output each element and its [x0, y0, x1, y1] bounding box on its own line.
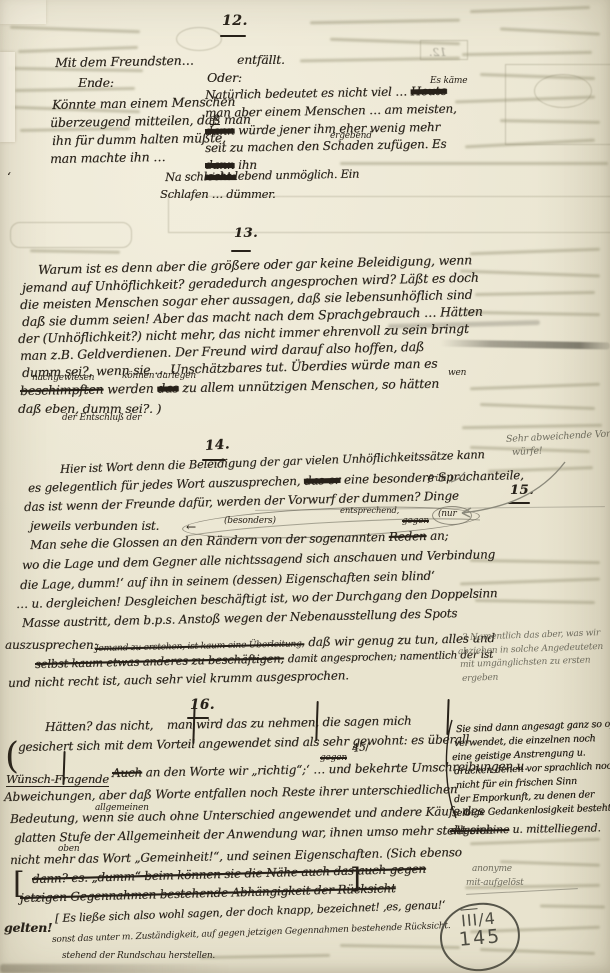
bleed-stroke — [470, 6, 590, 13]
bleed-stroke — [470, 838, 600, 846]
stray-ink-mark: ‘ — [7, 170, 11, 184]
bleed-stroke — [500, 27, 600, 35]
bleed-stroke — [460, 578, 600, 586]
handwritten-line: Schlafen … dümmer. — [160, 187, 275, 201]
inserted-word: entsprechend, — [340, 506, 399, 516]
handwritten-line: man machte ihn … — [50, 149, 166, 166]
bleed-stroke — [340, 162, 608, 165]
section-12-underline — [220, 35, 246, 37]
circled-word: (nur — [438, 509, 457, 519]
bleed-stroke — [470, 248, 600, 256]
bleed-stroke — [500, 860, 600, 866]
struck-word: dann — [205, 123, 235, 138]
bleed-stroke — [10, 26, 140, 34]
stamp-number-bottom: 145 — [458, 925, 502, 951]
line-text: werden — [107, 381, 154, 397]
struck-word: Auch — [112, 765, 142, 780]
handwritten-line: auszusprechen: — [5, 638, 97, 652]
col-left-subheading: Ende: — [78, 75, 114, 90]
handwritten-line: stehend der Rundschau herstellen. — [62, 951, 215, 961]
bleed-stroke — [465, 311, 600, 316]
section-13-number: 13. — [234, 226, 258, 241]
bleed-stroke — [475, 291, 595, 296]
struck-word: Heute — [411, 84, 447, 99]
bleed-stroke — [462, 51, 592, 56]
struck-word: beschimpften — [20, 382, 104, 398]
col-left-heading: Mit dem Freundsten… — [55, 53, 194, 70]
insert-number: 45/ — [351, 740, 370, 755]
bleed-page-number: 12. — [429, 46, 447, 59]
insertion-arrow: ← — [186, 520, 196, 534]
bleed-rounded-box — [10, 222, 132, 248]
margin-note-line: würfe! — [512, 445, 543, 458]
pencil-note: anonyme — [472, 864, 512, 874]
inserted-word: (besonders) — [224, 516, 276, 526]
bleed-number-box: 12. — [420, 40, 468, 60]
col-right-heading: entfällt. — [237, 52, 285, 67]
bleed-stroke — [540, 904, 605, 908]
inserted-word: wen — [448, 368, 466, 378]
struck-word: das er — [304, 473, 341, 488]
line-text: an; — [430, 529, 449, 543]
section-15-underline — [508, 502, 530, 504]
handwritten-line: ihn für dumm halten müßte, — [52, 130, 226, 148]
margin-label: Wünsch-Fragende — [6, 772, 109, 787]
margin-note-line: ergeben — [462, 673, 499, 684]
bleed-stroke — [480, 403, 595, 410]
margin-label: gelten! — [4, 920, 52, 935]
section-14-number: 14. — [204, 436, 230, 454]
bleed-oval-near-heading — [176, 27, 222, 51]
margin-fragment: allgemeine u. mittelliegend. — [450, 821, 601, 837]
col-right-subheading: Oder: — [207, 70, 242, 85]
bottom-edge-shadow — [0, 964, 230, 973]
struck-insert: gegen — [402, 516, 429, 526]
section-12-number: 12. — [222, 13, 248, 29]
bleed-stroke — [15, 87, 135, 92]
bleed-stroke — [310, 19, 460, 25]
line-text: Hätten? das nicht, — [45, 718, 153, 734]
bleed-stroke — [30, 249, 120, 254]
bleed-ellipse — [534, 74, 592, 108]
struck-word: das — [157, 380, 179, 395]
pencil-note: mit-aufgelöst — [466, 878, 524, 888]
section-15-number: 15. — [510, 483, 534, 498]
inserted-word: der Entschluß der — [62, 413, 141, 423]
tape-strip — [0, 52, 15, 142]
struck-word: Reden — [389, 529, 427, 544]
bleed-stroke — [470, 383, 600, 391]
bleed-stroke — [462, 424, 602, 429]
handwritten-line: jeweils verbunden ist. — [30, 519, 159, 533]
bleed-stroke — [18, 46, 138, 53]
bleed-stroke — [200, 954, 330, 959]
bleed-stroke — [460, 270, 600, 278]
line-text: u. mittelliegend. — [512, 821, 600, 836]
manuscript-page: 12. 12. Mit dem Freundsten… Ende: Könnte… — [0, 0, 610, 973]
section-13-underline — [231, 250, 251, 252]
tape-corner — [0, 0, 46, 24]
struck-word: allgemeine — [450, 823, 509, 837]
